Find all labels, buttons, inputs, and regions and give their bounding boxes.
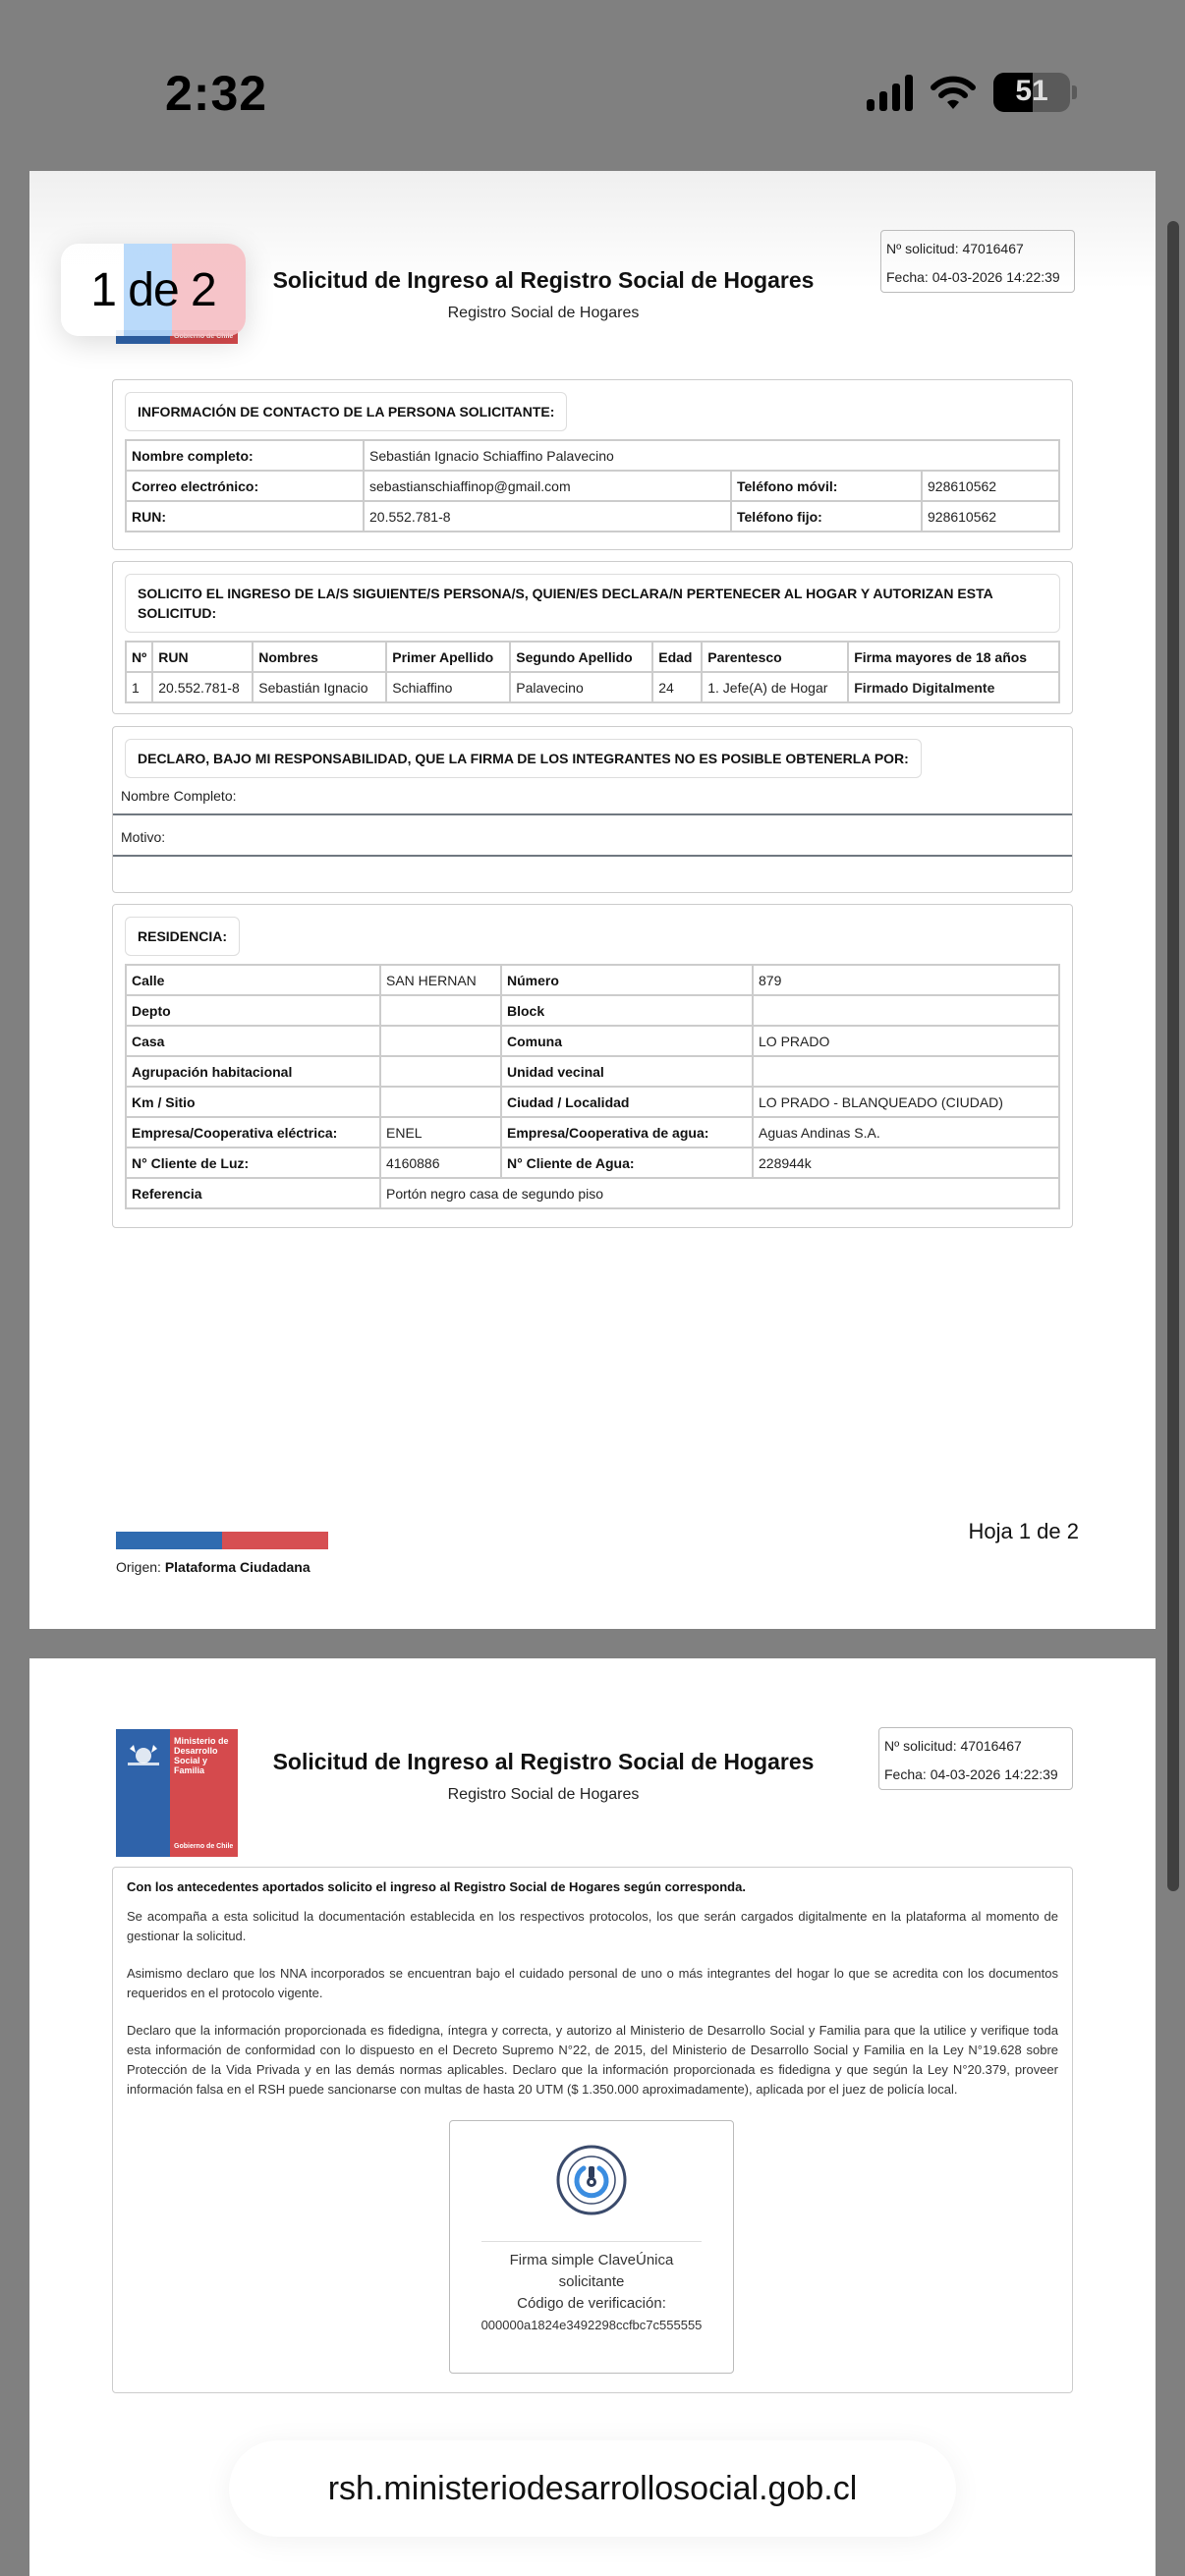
residence-label: N° Cliente de Luz: [126, 1148, 380, 1178]
members-column-header: Segundo Apellido [510, 642, 652, 672]
status-icons: 51 [867, 73, 1077, 112]
member-cell: Palavecino [510, 672, 652, 702]
residence-label: Calle [126, 965, 380, 995]
residence-value: LO PRADO [753, 1026, 1059, 1056]
reference-label: Referencia [126, 1178, 380, 1208]
residence-label: Comuna [501, 1026, 753, 1056]
document-subtitle-page-2: Registro Social de Hogares [226, 1786, 861, 1804]
declaration-reason-line [113, 855, 1072, 857]
members-header-row: NºRUNNombresPrimer ApellidoSegundo Apell… [126, 642, 1059, 672]
declaration-text-box: Con los antecedentes aportados solicito … [112, 1867, 1073, 2393]
member-cell: 1. Jefe(A) de Hogar [702, 672, 848, 702]
email-label: Correo electrónico: [126, 471, 364, 501]
residence-label: Empresa/Cooperativa de agua: [501, 1117, 753, 1148]
member-row: 120.552.781-8Sebastián IgnacioSchiaffino… [126, 672, 1059, 702]
members-column-header: RUN [152, 642, 253, 672]
residence-label: Unidad vecinal [501, 1056, 753, 1087]
member-cell: Firmado Digitalmente [848, 672, 1059, 702]
residence-label: Agrupación habitacional [126, 1056, 380, 1087]
member-cell: Schiaffino [386, 672, 510, 702]
origin-value: Plataforma Ciudadana [165, 1559, 310, 1575]
request-number: Nº solicitud: 47016467 [884, 1732, 1067, 1761]
declaration-name-label: Nombre Completo: [121, 788, 237, 804]
members-column-header: Nº [126, 642, 152, 672]
declaration-paragraph-1: Con los antecedentes aportados solicito … [127, 1877, 1058, 1897]
landline-label: Teléfono fijo: [731, 501, 922, 532]
wifi-icon [931, 75, 976, 110]
residence-value [753, 995, 1059, 1026]
status-bar: 2:32 51 [0, 0, 1185, 167]
origin-text: Origen: Plataforma Ciudadana [116, 1559, 310, 1575]
residence-table: CalleSAN HERNANNúmero879DeptoBlockCasaCo… [125, 964, 1060, 1209]
residence-value [753, 1056, 1059, 1087]
run-label: RUN: [126, 501, 364, 532]
page-indicator-badge: 1 de 2 [61, 244, 246, 336]
residence-label: N° Cliente de Agua: [501, 1148, 753, 1178]
residence-value [380, 1087, 501, 1117]
declaration-paragraph-2: Se acompaña a esta solicitud la document… [127, 1907, 1058, 1946]
document-subtitle: Registro Social de Hogares [226, 305, 861, 322]
verification-label: Código de verificación: [450, 2293, 733, 2315]
vertical-scrollbar[interactable] [1167, 221, 1179, 1891]
residence-section: RESIDENCIA: CalleSAN HERNANNúmero879Dept… [112, 904, 1073, 1228]
member-cell: 20.552.781-8 [152, 672, 253, 702]
battery-icon: 51 [993, 73, 1070, 112]
footer-flag-bar [116, 1532, 328, 1549]
contact-heading: INFORMACIÓN DE CONTACTO DE LA PERSONA SO… [125, 392, 567, 431]
email-value: sebastianschiaffinop@gmail.com [364, 471, 731, 501]
landline-value: 928610562 [922, 501, 1059, 532]
residence-row: N° Cliente de Luz:4160886N° Cliente de A… [126, 1148, 1059, 1178]
declaration-heading: DECLARO, BAJO MI RESPONSABILIDAD, QUE LA… [125, 739, 922, 778]
origin-label: Origen: [116, 1559, 161, 1575]
document-page-1: Nº solicitud: 47016467 Fecha: 04-03-2026… [29, 171, 1156, 1629]
residence-value: 228944k [753, 1148, 1059, 1178]
residence-body: CalleSAN HERNANNúmero879DeptoBlockCasaCo… [126, 965, 1059, 1178]
residence-row: CalleSAN HERNANNúmero879 [126, 965, 1059, 995]
residence-row: Agrupación habitacionalUnidad vecinal [126, 1056, 1059, 1087]
claveunica-seal-icon [556, 2145, 627, 2215]
mobile-label: Teléfono móvil: [731, 471, 922, 501]
residence-row: DeptoBlock [126, 995, 1059, 1026]
request-meta-box: Nº solicitud: 47016467 Fecha: 04-03-2026… [880, 230, 1075, 293]
battery-label: 51 [993, 75, 1070, 108]
residence-value: Aguas Andinas S.A. [753, 1117, 1059, 1148]
member-cell: 24 [652, 672, 702, 702]
full-name-value: Sebastián Ignacio Schiaffino Palavecino [364, 440, 1059, 471]
residence-value [380, 1026, 501, 1056]
verification-code: 000000a1824e3492298ccfbc7c555555 [450, 2315, 733, 2336]
ministry-logo: Ministerio de Desarrollo Social y Famili… [116, 1729, 238, 1857]
residence-value: 4160886 [380, 1148, 501, 1178]
residence-reference-row: Referencia Portón negro casa de segundo … [126, 1178, 1059, 1208]
document-title: Solicitud de Ingreso al Registro Social … [226, 267, 861, 294]
member-cell: 1 [126, 672, 152, 702]
declaration-reason-field: Motivo: [113, 815, 1072, 857]
members-column-header: Primer Apellido [386, 642, 510, 672]
page-number: Hoja 1 de 2 [968, 1519, 1079, 1544]
contact-table: Nombre completo: Sebastián Ignacio Schia… [125, 439, 1060, 532]
residence-label: Ciudad / Localidad [501, 1087, 753, 1117]
declaration-section: DECLARO, BAJO MI RESPONSABILIDAD, QUE LA… [112, 726, 1073, 893]
residence-row: CasaComunaLO PRADO [126, 1026, 1059, 1056]
residence-label: Número [501, 965, 753, 995]
residence-heading: RESIDENCIA: [125, 917, 240, 956]
cellular-signal-icon [867, 74, 913, 111]
residence-row: Empresa/Cooperativa eléctrica:ENELEmpres… [126, 1117, 1059, 1148]
status-time: 2:32 [165, 65, 267, 122]
residence-value: SAN HERNAN [380, 965, 501, 995]
residence-value [380, 995, 501, 1026]
contact-section: INFORMACIÓN DE CONTACTO DE LA PERSONA SO… [112, 379, 1073, 550]
declaration-name-field: Nombre Completo: [113, 778, 1072, 815]
run-value: 20.552.781-8 [364, 501, 731, 532]
full-name-label: Nombre completo: [126, 440, 364, 471]
residence-value [380, 1056, 501, 1087]
declaration-paragraph-3: Asimismo declaro que los NNA incorporado… [127, 1964, 1058, 2003]
request-date: Fecha: 04-03-2026 14:22:39 [886, 263, 1069, 292]
residence-row: Km / SitioCiudad / LocalidadLO PRADO - B… [126, 1087, 1059, 1117]
residence-label: Block [501, 995, 753, 1026]
declaration-paragraph-4: Declaro que la información proporcionada… [127, 2021, 1058, 2100]
members-table: NºRUNNombresPrimer ApellidoSegundo Apell… [125, 641, 1060, 703]
reference-value: Portón negro casa de segundo piso [380, 1178, 1059, 1208]
document-title-page-2: Solicitud de Ingreso al Registro Social … [226, 1749, 861, 1775]
residence-value: ENEL [380, 1117, 501, 1148]
url-bar[interactable]: rsh.ministeriodesarrollosocial.gob.cl [229, 2440, 956, 2537]
residence-value: LO PRADO - BLANQUEADO (CIUDAD) [753, 1087, 1059, 1117]
coat-of-arms-icon [126, 1739, 161, 1768]
signature-card: Firma simple ClaveÚnica solicitante Códi… [449, 2120, 734, 2374]
members-column-header: Firma mayores de 18 años [848, 642, 1059, 672]
residence-label: Empresa/Cooperativa eléctrica: [126, 1117, 380, 1148]
request-date: Fecha: 04-03-2026 14:22:39 [884, 1761, 1067, 1789]
residence-label: Km / Sitio [126, 1087, 380, 1117]
request-meta-box-page-2: Nº solicitud: 47016467 Fecha: 04-03-2026… [878, 1727, 1073, 1790]
document-header: Nº solicitud: 47016467 Fecha: 04-03-2026… [116, 230, 1075, 358]
request-number: Nº solicitud: 47016467 [886, 235, 1069, 263]
member-cell: Sebastián Ignacio [253, 672, 386, 702]
residence-value: 879 [753, 965, 1059, 995]
members-heading: SOLICITO EL INGRESO DE LA/S SIGUIENTE/S … [125, 574, 1060, 633]
residence-label: Casa [126, 1026, 380, 1056]
members-column-header: Parentesco [702, 642, 848, 672]
battery-tip [1072, 85, 1077, 99]
members-column-header: Nombres [253, 642, 386, 672]
members-body: 120.552.781-8Sebastián IgnacioSchiaffino… [126, 672, 1059, 702]
residence-label: Depto [126, 995, 380, 1026]
signature-type: Firma simple ClaveÚnica solicitante [450, 2250, 733, 2293]
mobile-value: 928610562 [922, 471, 1059, 501]
members-section: SOLICITO EL INGRESO DE LA/S SIGUIENTE/S … [112, 561, 1073, 714]
declaration-reason-label: Motivo: [121, 829, 165, 845]
members-column-header: Edad [652, 642, 702, 672]
signature-divider [481, 2241, 702, 2242]
